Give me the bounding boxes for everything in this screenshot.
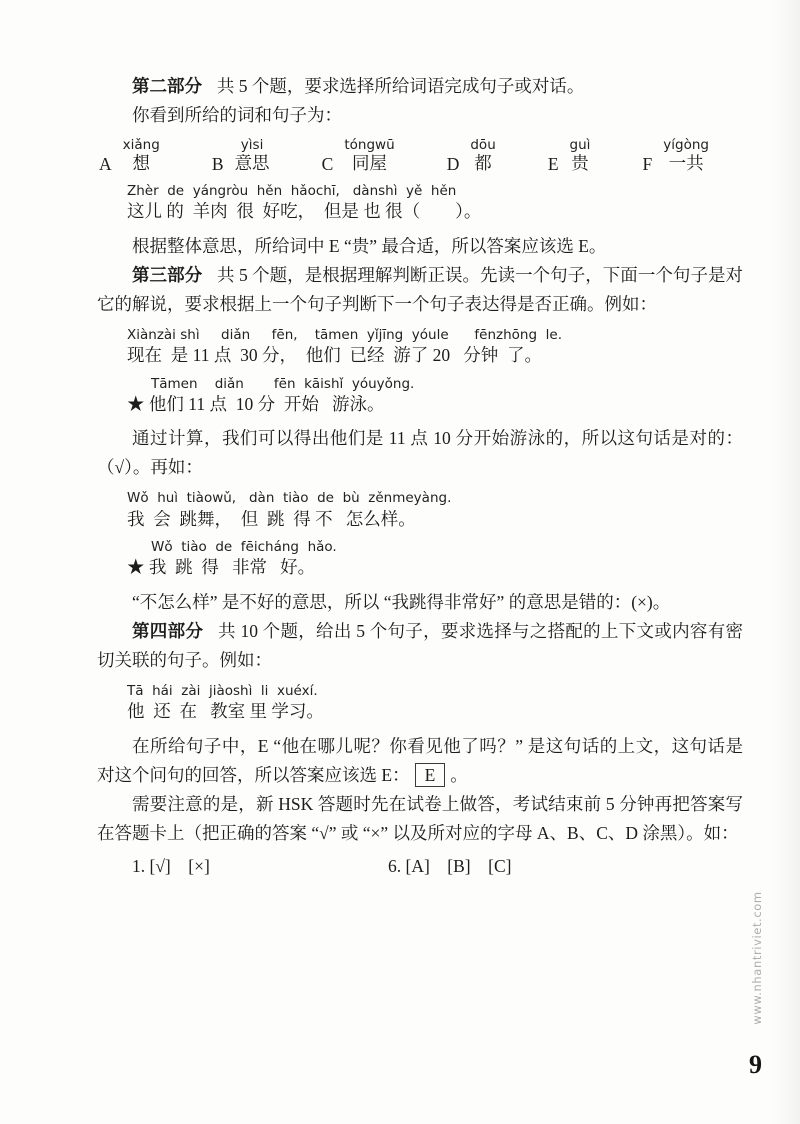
option-letter: B [212, 154, 224, 175]
boxed-answer-e: E [415, 763, 446, 788]
part4-heading: 第四部分 [132, 621, 203, 641]
part3-conclusion: “不怎么样” 是不好的意思，所以 “我跳得非常好” 的意思是错的：(×)。 [97, 588, 743, 617]
example-hanzi: ★ 我 跳 得 非常 好。 [127, 555, 743, 580]
part2-conclusion: 根据整体意思，所给词中 E “贵” 最合适，所以答案应该选 E。 [97, 232, 743, 261]
option-word: 意思 [235, 153, 270, 175]
answer-sample-1: 1. [√] [×] [132, 852, 388, 881]
example-hanzi: 现在 是 11 点 30 分， 他们 已经 游了 20 分钟 了。 [127, 343, 743, 368]
option-a: A xiǎng 想 [99, 137, 160, 175]
website-watermark: www.nhantriviet.com [750, 891, 764, 1024]
part3-middle-paragraph: 通过计算，我们可以得出他们是 11 点 10 分开始游泳的，所以这句话是对的：（… [97, 424, 743, 482]
part3-heading: 第三部分 [132, 265, 202, 285]
example-pinyin: Wǒ huì tiàowǔ, dàn tiào de bù zěnmeyàng. [127, 490, 743, 506]
example-hanzi: ★ 他们 11 点 10 分 开始 游泳。 [127, 392, 743, 417]
option-letter: D [447, 154, 460, 175]
option-pinyin: yìsi [241, 137, 264, 153]
part4-example-sentence: Tā hái zài jiàoshì li xuéxí. 他 还 在 教室 里 … [127, 683, 743, 724]
example-pinyin: Tāmen diǎn fēn kāishǐ yóuyǒng. [127, 376, 743, 392]
part3-intro-paragraph: 第三部分共 5 个题，是根据理解判断正误。先读一个句子，下面一个句子是对它的解说… [97, 261, 743, 319]
part2-example-sentence: Zhèr de yángròu hěn hǎochī, dànshì yě hě… [127, 183, 743, 224]
option-d: D dōu 都 [447, 137, 496, 175]
part2-heading: 第二部分 [132, 76, 202, 96]
option-e: E guì 贵 [548, 137, 591, 175]
part4-answer-paragraph: 在所给句子中，E “他在哪儿呢？你看见他了吗？” 是这句话的上文，这句话是对这个… [97, 732, 743, 790]
option-letter: A [99, 154, 112, 175]
word-options-row: A xiǎng 想 B yìsi 意思 C tóngwū 同屋 [99, 137, 709, 175]
note-paragraph: 需要注意的是，新 HSK 答题时先在试卷上做答，考试结束前 5 分钟再把答案写在… [97, 790, 743, 848]
part2-lead-paragraph: 你看到所给的词和句子为： [97, 101, 743, 130]
example-pinyin: Zhèr de yángròu hěn hǎochī, dànshì yě hě… [127, 183, 743, 199]
option-letter: C [322, 154, 334, 175]
answer-text-after: 。 [450, 765, 468, 785]
option-word: 想 [132, 153, 150, 175]
option-pinyin: guì [570, 137, 591, 153]
page-number: 9 [749, 1050, 762, 1080]
option-letter: F [643, 154, 653, 175]
option-f: F yígòng 一共 [643, 137, 709, 175]
option-c: C tóngwū 同屋 [322, 137, 395, 175]
example-hanzi: 他 还 在 教室 里 学习。 [127, 699, 743, 724]
part3-example2-star-sentence: Wǒ tiào de fēicháng hǎo. ★ 我 跳 得 非常 好。 [127, 539, 743, 580]
part3-example1-star-sentence: Tāmen diǎn fēn kāishǐ yóuyǒng. ★ 他们 11 点… [127, 376, 743, 417]
part3-example2-sentence: Wǒ huì tiàowǔ, dàn tiào de bù zěnmeyàng.… [127, 490, 743, 531]
option-b: B yìsi 意思 [212, 137, 270, 175]
example-hanzi: 这儿 的 羊肉 很 好吃， 但是 也 很（ ）。 [127, 199, 743, 224]
example-pinyin: Tā hái zài jiàoshì li xuéxí. [127, 683, 743, 699]
option-letter: E [548, 154, 559, 175]
part3-example1-sentence: Xiànzài shì diǎn fēn, tāmen yǐjīng yóule… [127, 327, 743, 368]
option-pinyin: tóngwū [344, 137, 394, 153]
option-pinyin: xiǎng [123, 137, 160, 153]
option-pinyin: yígòng [663, 137, 709, 153]
option-word: 贵 [571, 153, 589, 175]
page-content: 第二部分共 5 个题，要求选择所给词语完成句子或对话。 你看到所给的词和句子为：… [97, 72, 743, 881]
example-pinyin: Xiànzài shì diǎn fēn, tāmen yǐjīng yóule… [127, 327, 743, 343]
example-hanzi: 我 会 跳舞， 但 跳 得 不 怎么样。 [127, 507, 743, 532]
option-word: 都 [474, 153, 492, 175]
scan-edge-shadow [772, 0, 800, 1124]
answer-sample-6: 6. [A] [B] [C] [388, 852, 511, 881]
option-word: 一共 [669, 153, 704, 175]
scanned-textbook-page: 第二部分共 5 个题，要求选择所给词语完成句子或对话。 你看到所给的词和句子为：… [0, 0, 800, 1124]
option-pinyin: dōu [470, 137, 495, 153]
answer-sheet-samples-row: 1. [√] [×] 6. [A] [B] [C] [97, 852, 743, 881]
part4-intro-paragraph: 第四部分共 10 个题，给出 5 个句子，要求选择与之搭配的上下文或内容有密切关… [97, 617, 743, 675]
part2-intro-text: 共 5 个题，要求选择所给词语完成句子或对话。 [217, 76, 585, 96]
option-word: 同屋 [352, 153, 387, 175]
example-pinyin: Wǒ tiào de fēicháng hǎo. [127, 539, 743, 555]
part2-intro-paragraph: 第二部分共 5 个题，要求选择所给词语完成句子或对话。 [97, 72, 743, 101]
